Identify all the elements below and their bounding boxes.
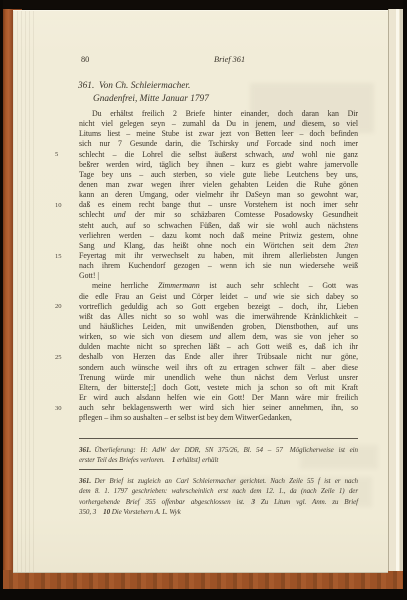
body-line: verliehren werden – dazu komt noch daß m… (79, 231, 358, 241)
letter-body: Du erhältst freilich 2 Briefe hinter ein… (79, 109, 358, 423)
body-line: Sang und Klang, das heißt ohne noch ein … (79, 241, 358, 251)
page-edge-highlight (396, 9, 399, 571)
body-line: pflegen – ihm so aushalten – er selbst i… (79, 413, 358, 423)
body-line: nach ihrem Kuchendorf gezogen – wenn ich… (79, 261, 358, 271)
scan-border-left (0, 0, 3, 600)
body-line: die edle Frau an Geist und Cörper leidet… (79, 292, 358, 302)
body-line: Eltern, der bitterste[;] doch Gott, vest… (79, 383, 358, 393)
letter-heading-line1: 361. Von Ch. Schleiermacher. (78, 80, 209, 93)
letter-number: 361. (78, 81, 94, 91)
margin-line-number: 10 (55, 201, 68, 211)
book-scan: 80 Brief 361 361. Von Ch. Schleiermacher… (0, 0, 407, 600)
apparatus-rule (79, 438, 358, 439)
book-cover-edge-left (2, 7, 13, 592)
body-line: 15Feyertag mit ihr verwechselt zu haben,… (79, 251, 358, 261)
body-line: Du erhältst freilich 2 Briefe hinter ein… (79, 109, 358, 119)
body-line: denen man zwar wegen ihrer vielen gehabt… (79, 180, 358, 190)
body-line: steht auch, auf so schwachen Füßen, daß … (79, 221, 358, 231)
body-line: Er wird auch alsdann helfen wie ein Gott… (79, 393, 358, 403)
body-line: Tage bey uns – auch sterben, so viele gu… (79, 170, 358, 180)
running-head: Brief 361 (214, 55, 245, 65)
body-line: 5schlecht – die Lohrel die selbst äußers… (79, 150, 358, 160)
body-line: nicht viel gelegen seyn – zumahl da Du i… (79, 119, 358, 129)
body-line: Gott! | (79, 271, 358, 281)
apparatus-block: 361. Überlieferung: H: AdW der DDR, SN 3… (79, 445, 358, 466)
body-line: sondern auch wünsche weil ihrs oft zu er… (79, 363, 358, 373)
commentary-line: vorhergehende Brief 355 offenbar abgesch… (79, 497, 358, 507)
commentary-line: 350, 3 10 Die Vorstehern A. L. Wyk (79, 507, 358, 517)
margin-line-number: 25 (55, 353, 68, 363)
body-line: wißt das Alles nicht so so wohl was die … (79, 312, 358, 322)
book-page: 80 Brief 361 361. Von Ch. Schleiermacher… (13, 10, 388, 573)
letter-sender: Von Ch. Schleiermacher. (99, 81, 190, 91)
margin-line-number: 30 (55, 404, 68, 414)
body-line: kann an deren Umgang, oder vielmehr ihr … (79, 190, 358, 200)
body-line: beßrer werden wird, täglich bey ihnen – … (79, 160, 358, 170)
margin-line-number: 15 (55, 252, 68, 262)
body-line: Trenung würde mir unendlich wehe thun nä… (79, 373, 358, 383)
commentary-line: 361. Der Brief ist zugleich an Carl Schl… (79, 476, 358, 486)
page-stack-edges (13, 11, 37, 572)
commentary-block: 361. Der Brief ist zugleich an Carl Schl… (79, 476, 358, 518)
book-cover-edge-bottom (2, 570, 404, 591)
body-line: wirken, so wie sich von diesem und allem… (79, 332, 358, 342)
body-line: dulden machte nicht so sprechen läßt – a… (79, 342, 358, 352)
commentary-line: dem 8. 1. 1797 geschrieben: wahrscheinli… (79, 486, 358, 496)
scan-border-bottom (0, 589, 407, 600)
body-line: schlecht und der mir so schäzbaren Comte… (79, 210, 358, 220)
apparatus-line: erster Teil des Briefes verloren. 1 erhä… (79, 455, 358, 465)
letter-dateline: Gnadenfrei, Mitte Januar 1797 (78, 93, 209, 106)
body-line: sich nur 7 Gesunde darin, die Tschirsky … (79, 139, 358, 149)
commentary-rule (79, 469, 123, 470)
body-line: 10daß es einem recht bange thut – unsre … (79, 200, 358, 210)
body-line: 30auch sehr beklagenswerth wer wird sich… (79, 403, 358, 413)
page-number: 80 (81, 55, 89, 65)
body-line: und häußliches Leiden, mit unwißenden gr… (79, 322, 358, 332)
body-line: meine herrliche Zimmermann ist auch sehr… (79, 281, 358, 291)
margin-line-number: 5 (55, 150, 68, 160)
body-line: 20vortreflich geduldig ach so Gott ergeb… (79, 302, 358, 312)
apparatus-line: 361. Überlieferung: H: AdW der DDR, SN 3… (79, 445, 358, 455)
body-line: 25deshalb von Herzen das Ende aller ihre… (79, 352, 358, 362)
body-line: Litums liest – meine Stube ist zwar jezt… (79, 129, 358, 139)
margin-line-number: 20 (55, 302, 68, 312)
letter-heading: 361. Von Ch. Schleiermacher. Gnadenfrei,… (78, 80, 209, 107)
scan-border-right (403, 0, 407, 600)
scan-border-top (0, 0, 407, 9)
